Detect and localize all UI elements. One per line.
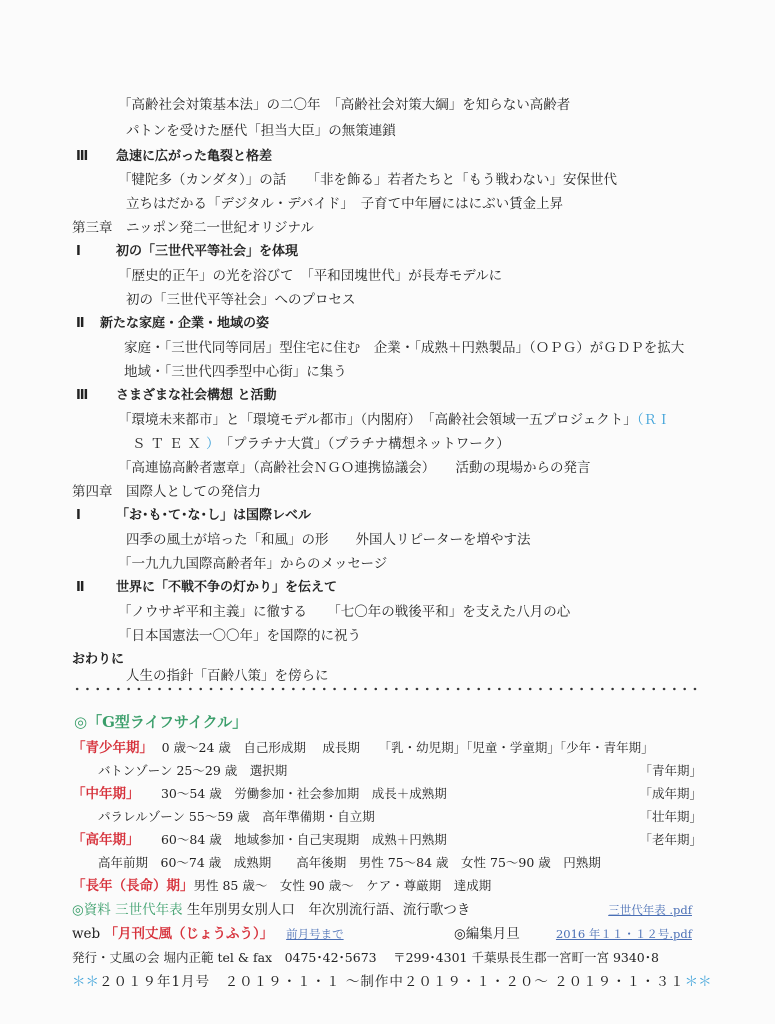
toc-line: 「ノウサギ平和主義」に徹する 「七〇年の戦後平和」を支えた八月の心	[118, 602, 570, 622]
section-heading: Ⅲ急速に広がった亀裂と格差	[76, 147, 272, 167]
toc-line: パトンを受けた歴代「担当大臣」の無策連鎖	[126, 121, 396, 141]
resource-pdf-link[interactable]: 三世代年表 .pdf	[608, 900, 692, 920]
stage-alias: 「老年期」	[639, 830, 702, 850]
toc-line: 立ちはだかる「デジタル・デバイド」 子育て中年層にはにぶい賃金上昇	[126, 194, 563, 214]
web-title: 「月刊丈風（じょうふう）」	[104, 926, 273, 942]
section-number: Ⅰ	[76, 242, 116, 262]
toc-line: 「日本国憲法一〇〇年」を国際的に祝う	[118, 626, 361, 646]
toc-line: 地域・「三世代四季型中心街」に集う	[124, 362, 347, 382]
lifecycle-row: 「中年期」 30～54 歳 労働参加・社会参加期 成長＋成熟期「成年期」	[72, 784, 702, 804]
toc-text-blue: （ＲＩ	[637, 412, 671, 428]
zone-text: バトンゾーン 25～29 歳 選択期	[98, 763, 287, 778]
section-title: 新たな家庭・企業・地域の姿	[100, 316, 269, 331]
stage-text: 60～84 歳 地域参加・自己実現期 成熟＋円熟期	[161, 832, 447, 847]
lifecycle-row: 「高年期」 60～84 歳 地域参加・自己実現期 成熟＋円熟期「老年期」	[72, 830, 702, 850]
section-number: Ⅰ	[76, 506, 116, 526]
section-title: 世界に「不戦不争の灯かり」を伝えて	[116, 580, 337, 595]
zone-text: パラレルゾーン 55～59 歳 高年準備期・自立期	[98, 809, 375, 824]
web-line: web 「月刊丈風（じょうふう）」 前月号まで◎編集月旦2016 年１１・１２号…	[72, 924, 702, 944]
issue-line: ＊＊２０１９年1月号 ２０１９・１・１ ～制作中２０１９・１・２０～ ２０１９・…	[72, 972, 712, 992]
toc-line: 四季の風土が培った「和風」の形 外国人リピーターを増やす法	[126, 530, 530, 550]
section-heading: Ⅲさまざまな社会構想 と活動	[76, 386, 277, 406]
toc-line: 「一九九九国際高齢者年」からのメッセージ	[118, 554, 387, 574]
resource-label: ◎資料	[72, 902, 111, 918]
issue-pdf-link[interactable]: 2016 年１１・１２号.pdf	[556, 924, 692, 944]
section-number: Ⅲ	[76, 147, 116, 167]
section-title: 初の「三世代平等社会」を体現	[116, 244, 298, 259]
section-number: Ⅲ	[76, 386, 116, 406]
resource-title: 三世代年表	[115, 902, 183, 918]
resource-line: ◎資料 三世代年表 生年別男女別人口 年次別流行語、流行歌つき三世代年表 .pd…	[72, 900, 702, 920]
toc-line: 人生の指針「百齢八策」を傍らに	[126, 666, 329, 686]
chapter-heading: 第四章 国際人としての発信力	[72, 482, 261, 502]
stage-label: 「中年期」	[72, 786, 140, 802]
section-heading: Ⅱ新たな家庭・企業・地域の姿	[76, 314, 269, 334]
star-icon: ＊＊	[685, 974, 712, 990]
toc-line: 「高齢社会対策基本法」の二〇年 「高齢社会対策大綱」を知らない高齢者	[118, 95, 570, 115]
stage-alias: 「壮年期」	[639, 807, 702, 827]
toc-line: 「環境未来都市」と「環境モデル都市」（内閣府） 「高齢社会領域一五プロジェクト」…	[118, 410, 671, 430]
stage-label: 「高年期」	[72, 832, 140, 848]
prev-issue-link[interactable]: 前月号まで	[286, 927, 344, 941]
toc-text: 「環境未来都市」と「環境モデル都市」（内閣府） 「高齢社会領域一五プロジェクト」	[118, 412, 637, 428]
ending-heading: おわりに	[72, 650, 124, 670]
resource-desc: 生年別男女別人口 年次別流行語、流行歌つき	[187, 902, 471, 918]
toc-line: 「犍陀多（カンダタ）」の話 「非を飾る」若者たちと「もう戦わない」安保世代	[118, 170, 617, 190]
toc-text: ＳＴＥＸ	[132, 436, 206, 452]
publisher-line: 発行・丈風の会 堀内正範 tel & fax 0475･42･5673 〒299…	[72, 948, 659, 968]
section-number: Ⅱ	[76, 578, 116, 598]
lifecycle-row: 「青少年期」 0 歳～24 歳 自己形成期 成長期 「乳・幼児期」「児童・学童期…	[72, 738, 702, 758]
editor-label: ◎編集月旦	[454, 924, 520, 944]
chapter-heading: 第三章 ニッポン発二一世紀オリジナル	[72, 218, 314, 238]
section-title: 「お･も･て･な･し」は国際レベル	[116, 508, 311, 523]
toc-text-blue: ）	[206, 436, 213, 452]
star-icon: ＊＊	[72, 974, 99, 990]
section-heading: Ⅰ初の「三世代平等社会」を体現	[76, 242, 298, 262]
section-title: 急速に広がった亀裂と格差	[116, 149, 272, 164]
stage-text: 0 歳～24 歳 自己形成期 成長期 「乳・幼児期」「児童・学童期」「少年・青年…	[162, 740, 654, 755]
stage-text: 30～54 歳 労働参加・社会参加期 成長＋成熟期	[161, 786, 447, 801]
lifecycle-row: パラレルゾーン 55～59 歳 高年準備期・自立期「壮年期」	[98, 807, 702, 827]
lifecycle-row: 「長年（長命）期」男性 85 歳～ 女性 90 歳～ ケア・尊厳期 達成期	[72, 876, 491, 896]
lifecycle-heading: ◎「G型ライフサイクル」	[74, 712, 247, 732]
dotted-divider	[72, 686, 702, 692]
section-heading: Ⅱ世界に「不戦不争の灯かり」を伝えて	[76, 578, 337, 598]
stage-text: 男性 85 歳～ 女性 90 歳～ ケア・尊厳期 達成期	[194, 878, 492, 893]
lifecycle-row: バトンゾーン 25～29 歳 選択期「青年期」	[98, 761, 702, 781]
lifecycle-row: 高年前期 60～74 歳 成熟期 高年後期 男性 75～84 歳 女性 75～9…	[98, 853, 601, 873]
toc-text: 「プラチナ大賞」（プラチナ構想ネットワーク）	[213, 436, 510, 452]
issue-dates: ２０１９年1月号 ２０１９・１・１ ～制作中２０１９・１・２０～ ２０１９・１・…	[99, 974, 685, 990]
stage-label: 「青少年期」	[72, 740, 153, 756]
toc-line: 初の「三世代平等社会」へのプロセス	[126, 290, 356, 310]
stage-alias: 「青年期」	[639, 761, 702, 781]
section-number: Ⅱ	[76, 314, 100, 334]
web-prefix: web	[72, 926, 100, 942]
stage-alias: 「成年期」	[639, 784, 702, 804]
section-title: さまざまな社会構想 と活動	[116, 388, 277, 403]
toc-line: 家庭・「三世代同等同居」型住宅に住む 企業・「成熟＋円熟製品」（ＯＰＧ）がＧＤＰ…	[124, 338, 684, 358]
section-heading: Ⅰ「お･も･て･な･し」は国際レベル	[76, 506, 311, 526]
toc-line: 「歴史的正午」の光を浴びて 「平和団塊世代」が長寿モデルに	[118, 266, 502, 286]
stage-label: 「長年（長命）期」	[72, 878, 194, 894]
toc-line: ＳＴＥＸ） 「プラチナ大賞」（プラチナ構想ネットワーク）	[132, 434, 510, 454]
toc-line: 「高連協高齢者憲章」（高齢社会ＮＧＯ連携協議会） 活動の現場からの発言	[118, 458, 591, 478]
